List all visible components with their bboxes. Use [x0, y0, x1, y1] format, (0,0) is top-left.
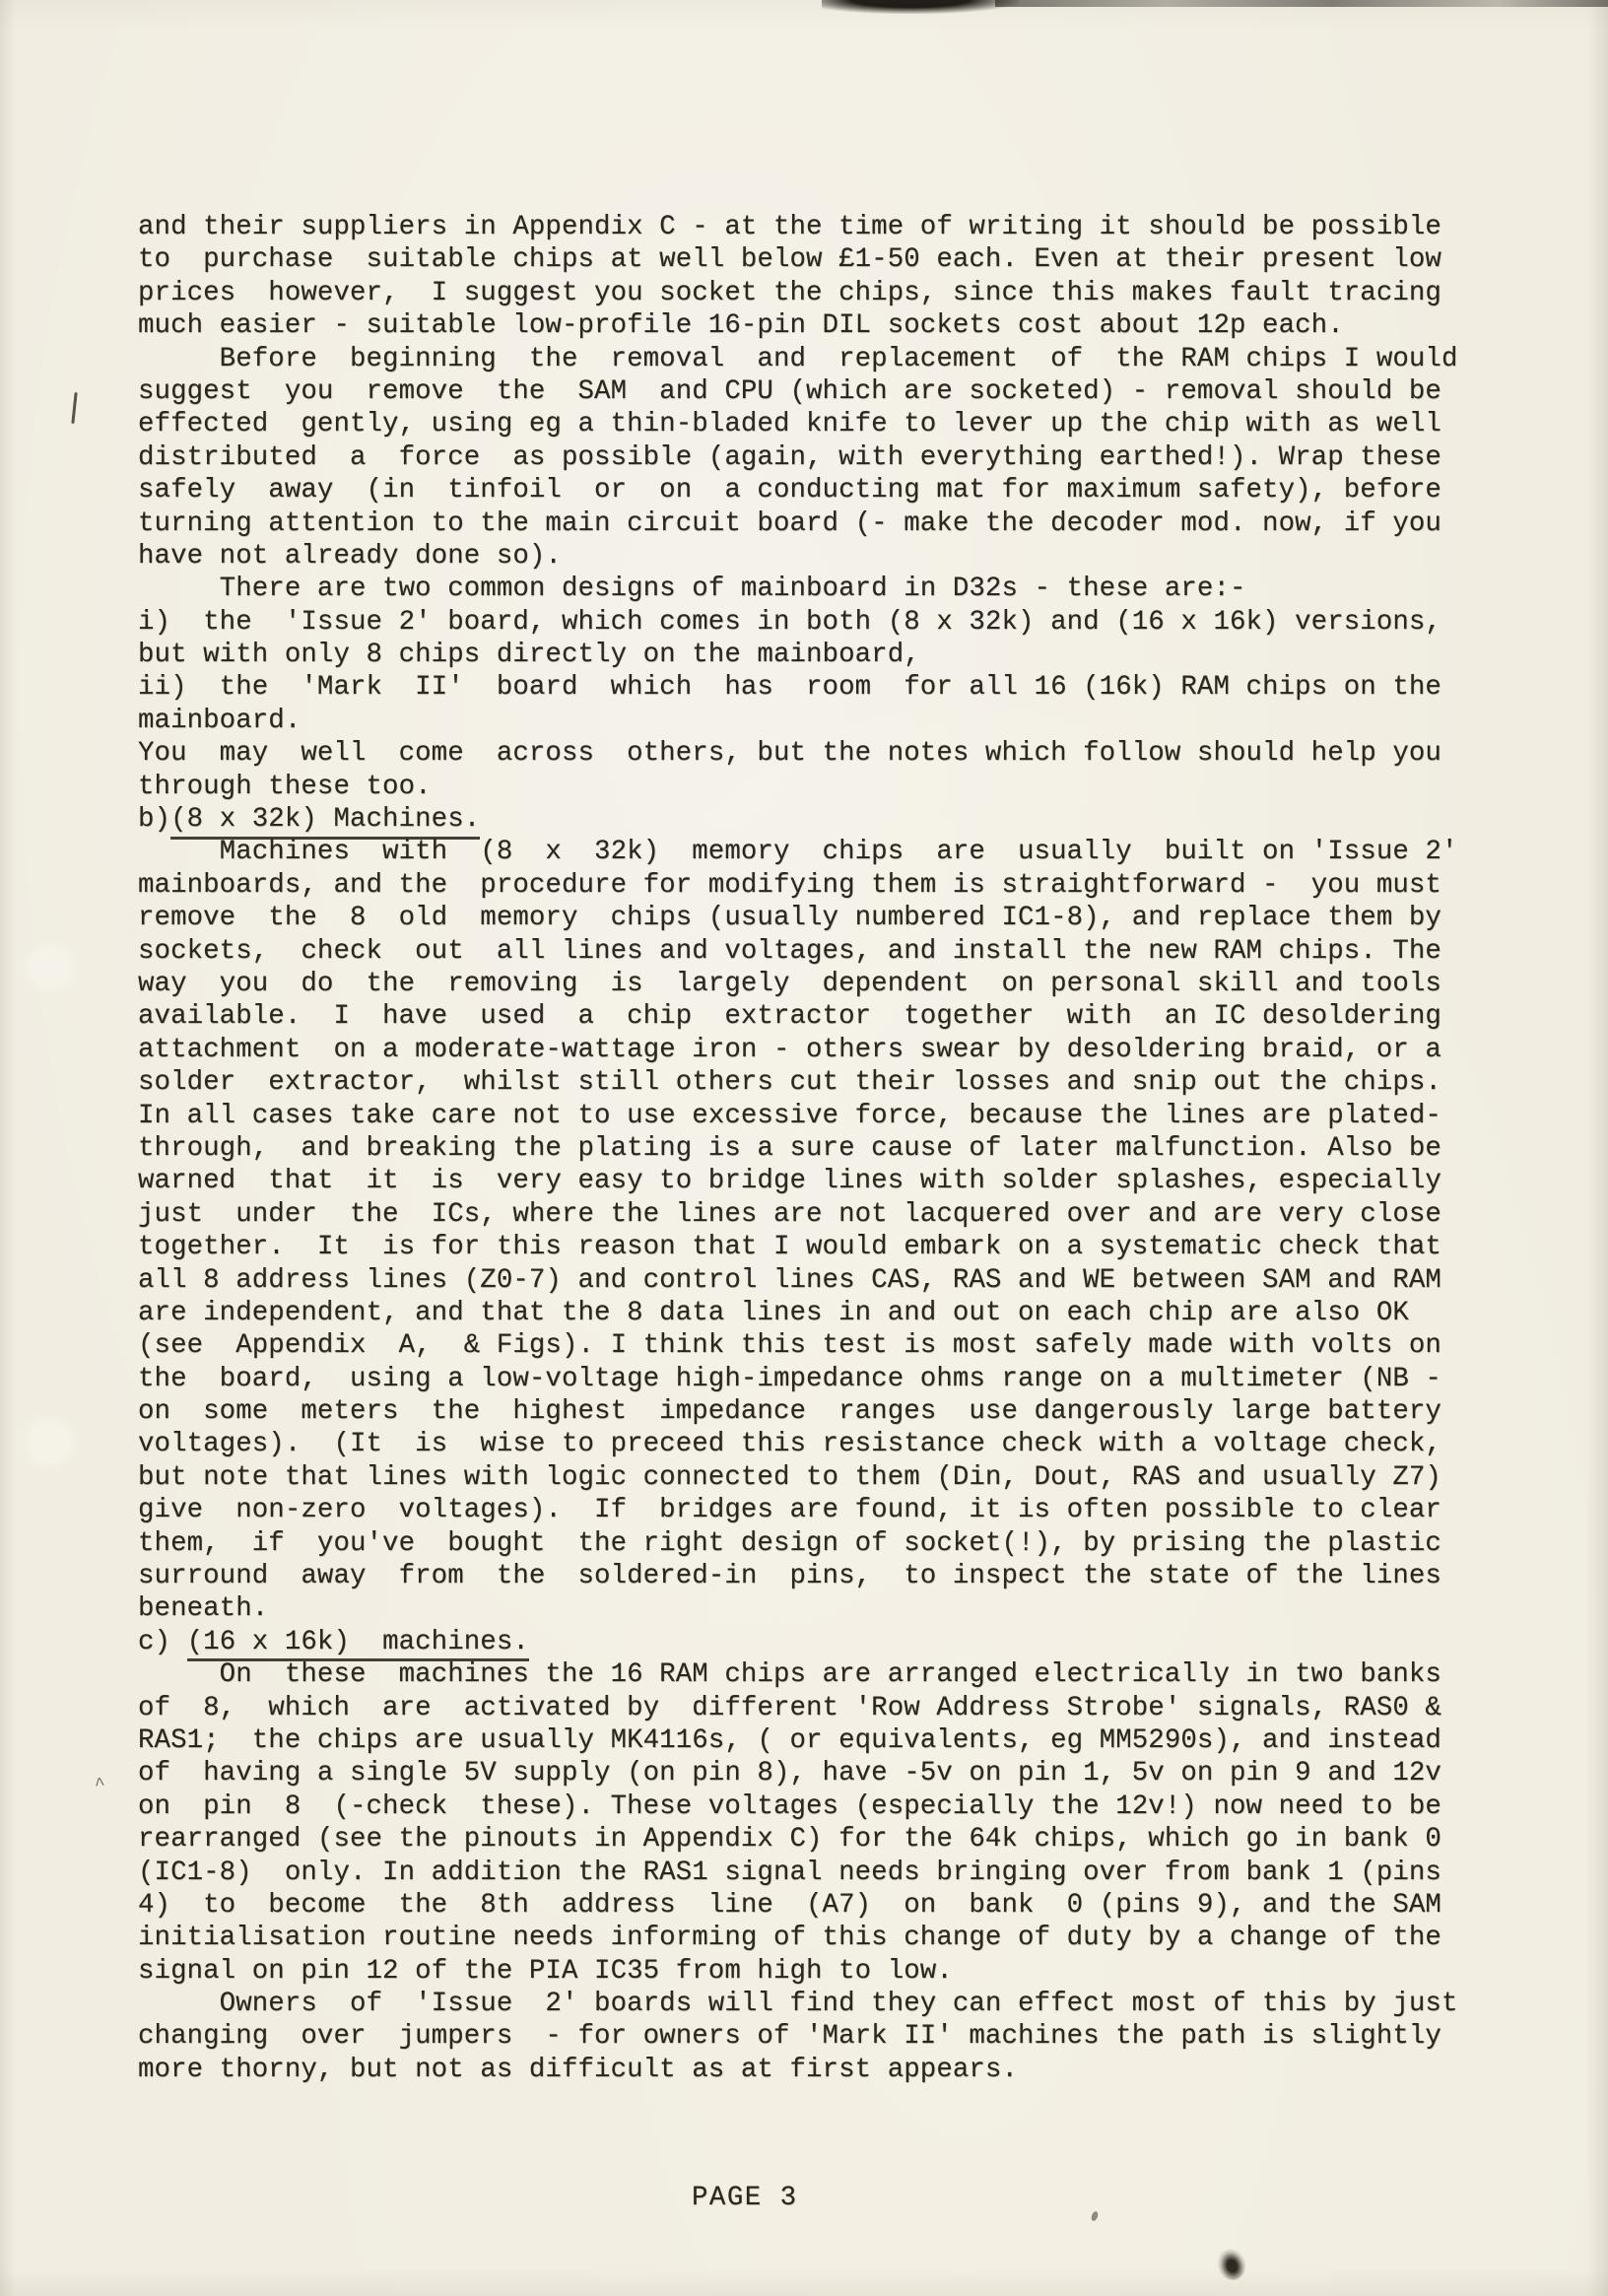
text-line: voltages). (It is wise to preceed this r…: [138, 1428, 1458, 1460]
heading-prefix: b): [138, 804, 170, 835]
text-line: the board, using a low-voltage high-impe…: [138, 1363, 1458, 1395]
heading-underlined-text: (16 x 16k) machines.: [187, 1627, 529, 1662]
text-line: i) the 'Issue 2' board, which comes in b…: [138, 606, 1458, 639]
text-line: are independent, and that the 8 data lin…: [138, 1297, 1458, 1329]
stray-pen-mark: [71, 392, 77, 424]
text-line: rearranged (see the pinouts in Appendix …: [138, 1823, 1458, 1856]
text-line: turning attention to the main circuit bo…: [138, 507, 1458, 540]
ink-blot: [1214, 2245, 1250, 2283]
text-line: much easier - suitable low-profile 16-pi…: [138, 309, 1458, 342]
text-line: through, and breaking the plating is a s…: [138, 1132, 1458, 1165]
text-line: mainboards, and the procedure for modify…: [138, 869, 1458, 902]
text-line: On these machines the 16 RAM chips are a…: [138, 1658, 1458, 1691]
text-line: remove the 8 old memory chips (usually n…: [138, 902, 1458, 934]
body-text: and their suppliers in Appendix C - at t…: [138, 211, 1458, 2086]
heading-prefix: c): [138, 1627, 187, 1657]
page-number: PAGE 3: [692, 2182, 798, 2214]
text-line: give non-zero voltages). If bridges are …: [138, 1494, 1458, 1526]
text-line: to purchase suitable chips at well below…: [138, 243, 1458, 276]
text-line: signal on pin 12 of the PIA IC35 from hi…: [138, 1955, 1458, 1988]
scanned-document-page: ^ and their suppliers in Appendix C - at…: [0, 0, 1608, 2296]
text-line: ii) the 'Mark II' board which has room f…: [138, 671, 1458, 704]
text-line: of 8, which are activated by different '…: [138, 1692, 1458, 1724]
text-line: warned that it is very easy to bridge li…: [138, 1165, 1458, 1197]
text-line: just under the ICs, where the lines are …: [138, 1198, 1458, 1231]
text-line: (IC1-8) only. In addition the RAS1 signa…: [138, 1857, 1458, 1889]
hole-punch-mark: [28, 946, 71, 989]
text-line: changing over jumpers - for owners of 'M…: [138, 2020, 1458, 2053]
text-line: solder extractor, whilst still others cu…: [138, 1066, 1458, 1099]
section-heading-line: c) (16 x 16k) machines.: [138, 1626, 1458, 1658]
section-heading-line: b)(8 x 32k) Machines.: [138, 803, 1458, 836]
text-line: them, if you've bought the right design …: [138, 1527, 1458, 1560]
text-line: In all cases take care not to use excess…: [138, 1100, 1458, 1132]
text-line: effected gently, using eg a thin-bladed …: [138, 408, 1458, 440]
text-line: on pin 8 (-check these). These voltages …: [138, 1790, 1458, 1823]
text-line: on some meters the highest impedance ran…: [138, 1395, 1458, 1428]
text-line: distributed a force as possible (again, …: [138, 441, 1458, 474]
text-line: Before beginning the removal and replace…: [138, 343, 1458, 375]
text-line: but note that lines with logic connected…: [138, 1461, 1458, 1494]
text-line: beneath.: [138, 1592, 1458, 1625]
text-line: have not already done so).: [138, 540, 1458, 573]
text-line: together. It is for this reason that I w…: [138, 1231, 1458, 1263]
text-line: initialisation routine needs informing o…: [138, 1922, 1458, 1954]
scan-edge-streak-light: [995, 0, 1608, 7]
text-line: (see Appendix A, & Figs). I think this t…: [138, 1329, 1458, 1362]
ink-speck: [1090, 2210, 1099, 2221]
text-line: more thorny, but not as difficult as at …: [138, 2054, 1458, 2086]
text-line: There are two common designs of mainboar…: [138, 573, 1458, 605]
text-line: through these too.: [138, 771, 1458, 803]
text-line: safely away (in tinfoil or on a conducti…: [138, 474, 1458, 506]
text-line: RAS1; the chips are usually MK4116s, ( o…: [138, 1724, 1458, 1757]
hole-punch-mark: [28, 1421, 71, 1464]
text-line: all 8 address lines (Z0-7) and control l…: [138, 1264, 1458, 1297]
text-line: suggest you remove the SAM and CPU (whic…: [138, 375, 1458, 408]
scan-edge-streak-dark: [822, 0, 1019, 14]
text-line: available. I have used a chip extractor …: [138, 1000, 1458, 1033]
text-line: and their suppliers in Appendix C - at t…: [138, 211, 1458, 243]
text-line: Machines with (8 x 32k) memory chips are…: [138, 836, 1458, 868]
text-line: Owners of 'Issue 2' boards will find the…: [138, 1988, 1458, 2020]
text-line: way you do the removing is largely depen…: [138, 968, 1458, 1000]
heading-underlined-text: (8 x 32k) Machines.: [170, 804, 480, 840]
stray-caret-mark: ^: [94, 1775, 106, 1795]
text-line: surround away from the soldered-in pins,…: [138, 1560, 1458, 1592]
text-line: mainboard.: [138, 705, 1458, 737]
text-line: but with only 8 chips directly on the ma…: [138, 639, 1458, 671]
text-line: attachment on a moderate-wattage iron - …: [138, 1034, 1458, 1066]
text-line: You may well come across others, but the…: [138, 737, 1458, 770]
text-line: sockets, check out all lines and voltage…: [138, 935, 1458, 968]
text-line: 4) to become the 8th address line (A7) o…: [138, 1889, 1458, 1922]
text-line: of having a single 5V supply (on pin 8),…: [138, 1757, 1458, 1790]
text-line: prices however, I suggest you socket the…: [138, 277, 1458, 309]
